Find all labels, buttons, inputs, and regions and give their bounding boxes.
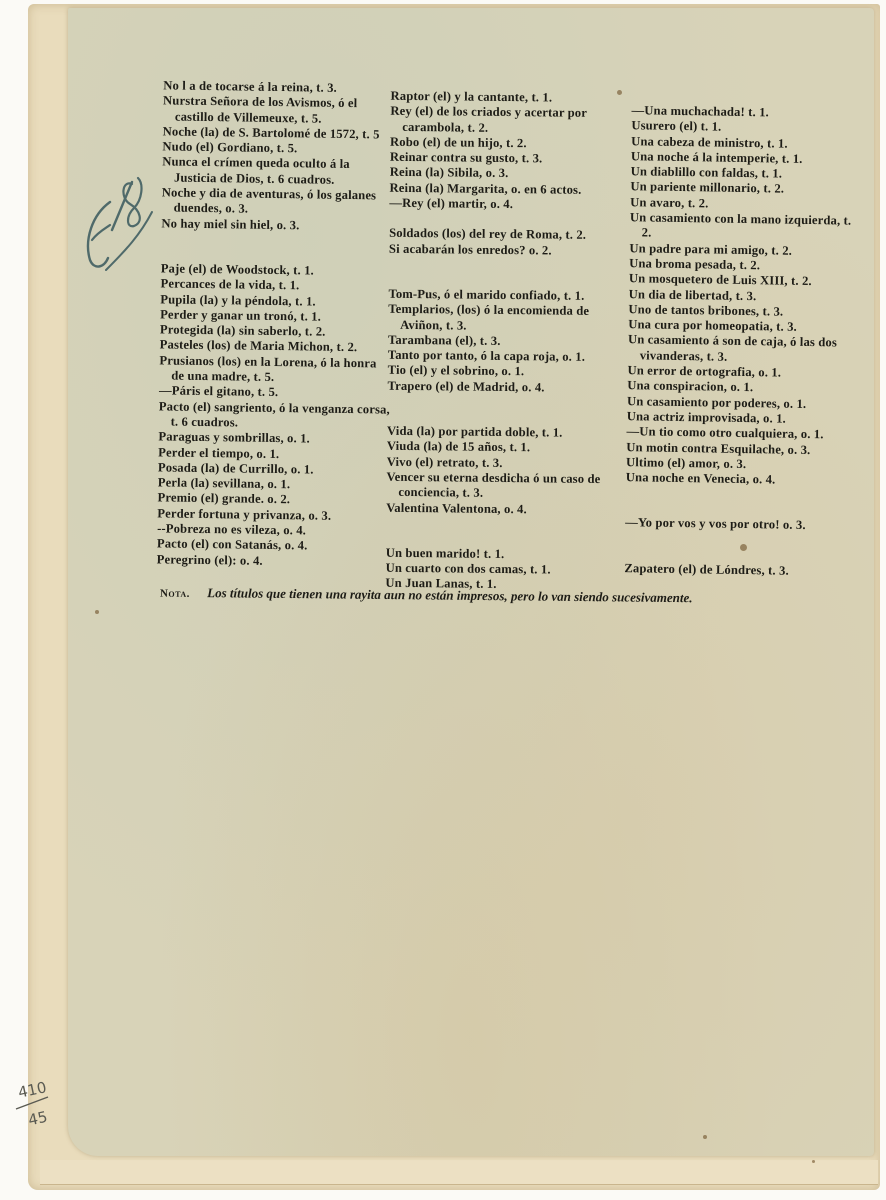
handwritten-e18-mark [82, 170, 162, 280]
group-spacer [161, 231, 393, 264]
catalog-entry: Un casamiento á son de caja, ó las dos v… [628, 333, 860, 367]
title-group-v: Vida (la) por partida doble, t. 1. Viuda… [386, 424, 621, 518]
title-group-r: Raptor (el) y la cantante, t. 1. Rey (el… [389, 89, 624, 214]
catalog-entry: Si acabarán los enredos? o. 2. [389, 241, 623, 259]
title-group-t: Tom-Pus, ó el marido confiado, t. 1. Tem… [387, 287, 622, 397]
paper-spot [812, 1160, 815, 1163]
group-spacer [386, 516, 620, 548]
handwritten-catalog-number: 410/45 410 45 [12, 1075, 64, 1130]
svg-text:45: 45 [27, 1108, 49, 1130]
title-group-n: No l a de tocarse á la reina, t. 3. Nurs… [161, 78, 395, 234]
catalog-entry: Trapero (el) de Madrid, o. 4. [387, 379, 621, 397]
catalog-column-middle: Raptor (el) y la cantante, t. 1. Rey (el… [385, 89, 624, 594]
title-group-u-cont: —Una muchachada! t. 1. Usurero (el) t. 1… [626, 103, 864, 489]
group-spacer [387, 394, 621, 426]
title-group-p: Paje (el) de Woodstock, t. 1. Percances … [157, 261, 393, 570]
footnote-label: Nota. [160, 588, 190, 600]
catalog-entry: No hay miel sin hiel, o. 3. [161, 216, 393, 235]
paper-bottom-edge [40, 1160, 878, 1185]
title-group-s: Soldados (los) del rey de Roma, t. 2. Si… [389, 226, 623, 259]
catalog-entry: Nunca el crímen queda oculto á la Justic… [162, 155, 394, 189]
group-spacer [389, 257, 623, 289]
paper-spot [703, 1135, 707, 1139]
group-spacer [625, 486, 857, 520]
catalog-column-left: No l a de tocarse á la reina, t. 3. Nurs… [157, 78, 396, 570]
catalog-entry: Rey (el) de los criados y acertar por ca… [390, 104, 624, 137]
catalog-entry: Valentina Valentona, o. 4. [386, 500, 620, 518]
catalog-entry: —Rey (el) martir, o. 4. [389, 196, 623, 214]
catalog-entry: Noche y dia de aventuras, ó los galanes … [162, 185, 394, 219]
catalog-entry: Vencer su eterna desdicha ó un caso de c… [386, 470, 620, 503]
catalog-entry: Nurstra Señora de los Avismos, ó el cast… [163, 94, 395, 128]
group-spacer [625, 531, 857, 565]
catalog-entry: Peregrino (el): o. 4. [157, 552, 389, 571]
catalog-entry: Templarios, (los) ó la encomienda de Avi… [388, 302, 622, 335]
catalog-entry: Un casamiento con la mano izquierda, t. … [630, 210, 862, 244]
catalog-column-right: —Una muchachada! t. 1. Usurero (el) t. 1… [624, 103, 863, 580]
paper-spot [95, 610, 99, 614]
catalog-entry: Prusianos (los) en la Lorena, ó la honra… [159, 353, 391, 387]
catalog-entry: Pacto (el) sangriento, ó la venganza cor… [159, 399, 391, 433]
